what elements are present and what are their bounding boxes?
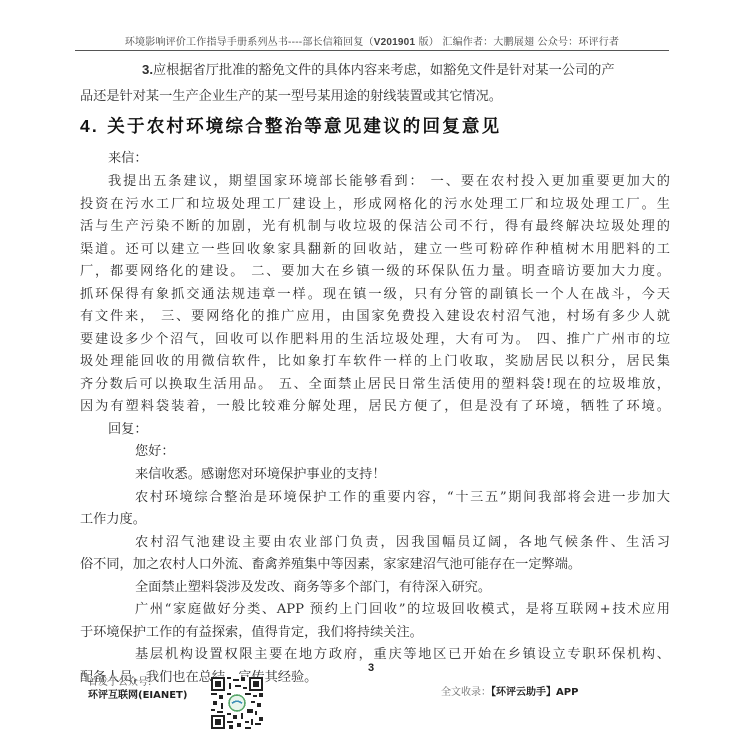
footer-app-name: 【环评云助手】APP — [491, 687, 578, 698]
letter-line: 圾处理能回收的用微信软件，比如象打车软件一样的上门收取，奖励居民以积分，居民集 — [80, 351, 670, 373]
header-version: V201901 — [374, 37, 415, 48]
qr-code-icon — [211, 677, 263, 729]
letter-line: 我提出五条建议，期望国家环境部长能够看到： 一、要在农村投入更加重要更加大的 — [108, 171, 670, 193]
footer-source-label: 首发于公众号: — [88, 676, 187, 689]
section-heading: 4. 关于农村环境综合整治等意见建议的回复意见 — [80, 113, 501, 140]
header-divider — [75, 50, 669, 51]
reply-paragraph-cont: 俗不同，加之农村人口外流、畜禽养殖集中等因素，家家建沼气池可能存在一定弊端。 — [80, 554, 670, 576]
item3-number: 3. — [142, 62, 153, 77]
letter-line: 要建设多少个沼气，回收可以作肥料用的生活垃圾处理，大有可为。 四、推广广州市的垃 — [80, 329, 670, 351]
footer-app-label: 全文收录： — [441, 687, 491, 698]
reply-paragraph: 广州“家庭做好分类、APP 预约上门回收”的垃圾回收模式，是将互联网+技术应用 — [135, 599, 670, 621]
reply-paragraph: 全面禁止塑料袋涉及发改、商务等多个部门，有待深入研究。 — [135, 577, 725, 599]
reply-paragraph: 农村环境综合整治是环境保护工作的重要内容，“十三五”期间我部将会进一步加大 — [135, 487, 670, 509]
reply-paragraph-cont: 于环境保护工作的有益探索，值得肯定，我们将持续关注。 — [80, 622, 670, 644]
reply-paragraph: 基层机构设置权限主要在地方政府，重庆等地区已开始在乡镇设立专职环保机构、 — [135, 644, 670, 666]
letter-line: 活与生产污染不断的加剧，光有机制与收垃圾的保洁公司不行，得有最终解决垃圾处理的 — [80, 216, 670, 238]
section-title: 关于农村环境综合整治等意见建议的回复意见 — [99, 117, 501, 137]
letter-line: 有文件来， 三、要网络化的推广应用，由国家免费投入建设农村沼气池，村场有多少人就 — [80, 306, 670, 328]
section-number: 4. — [80, 116, 99, 136]
reply-paragraph: 来信收悉。感谢您对环境保护事业的支持！ — [135, 464, 725, 486]
reply-paragraph: 农村沼气池建设主要由农业部门负责，因我国幅员辽阔，各地气候条件、生活习 — [135, 532, 670, 554]
header-suffix: 版） 汇编作者：大鹏展翅 公众号：环评行者 — [415, 37, 619, 48]
letter-line: 因为有塑料袋装着，一般比较难分解处理，居民方便了，但是没有了环境，牺牲了环境。 — [80, 396, 670, 418]
letter-line: 厂，都要网络化的建设。 二、要加大在乡镇一级的环保队伍力量。明查暗访要加大力度。 — [80, 261, 670, 283]
letter-line: 齐分数后可以换取生活用品。 五、全面禁止居民日常生活使用的塑料袋!现在的垃圾堆放… — [80, 374, 670, 396]
letter-line: 渠道。还可以建立一些回收象家具翻新的回收站，建立一些可粉碎作种植树木用肥料的工 — [80, 239, 670, 261]
letter-label: 来信： — [108, 148, 698, 170]
reply-greeting: 您好： — [135, 441, 725, 463]
page-number: 3 — [368, 662, 374, 674]
document-page: 环境影响评价工作指导手册系列丛书----部长信箱回复（V201901 版） 汇编… — [0, 0, 740, 740]
footer-app-notice: 全文收录：【环评云助手】APP — [441, 683, 578, 698]
letter-line: 抓环保得有象抓交通法规违章一样。现在镇一级，只有分管的副镇长一个人在战斗，今天 — [80, 284, 670, 306]
item3-line1: 3.应根据省厅批准的豁免文件的具体内容来考虑，如豁免文件是针对某一公司的产 — [142, 59, 670, 82]
reply-label: 回复： — [108, 419, 698, 441]
running-header: 环境影响评价工作指导手册系列丛书----部长信箱回复（V201901 版） 汇编… — [75, 36, 669, 50]
item3-text: 应根据省厅批准的豁免文件的具体内容来考虑，如豁免文件是针对某一公司的产 — [153, 63, 615, 78]
footer-source: 首发于公众号: 环评互联网(EIANET) — [88, 676, 187, 702]
header-prefix: 环境影响评价工作指导手册系列丛书----部长信箱回复（ — [125, 37, 374, 48]
letter-line: 投资在污水工厂和垃圾处理工厂建设上，形成网格化的污水处理工厂和垃圾处理工厂。生 — [80, 194, 670, 216]
reply-paragraph-cont: 工作力度。 — [80, 509, 670, 531]
item3-line2: 品还是针对某一生产企业生产的某一型号某用途的射线装置或其它情况。 — [80, 86, 670, 108]
footer-source-brand: 环评互联网(EIANET) — [88, 689, 187, 702]
